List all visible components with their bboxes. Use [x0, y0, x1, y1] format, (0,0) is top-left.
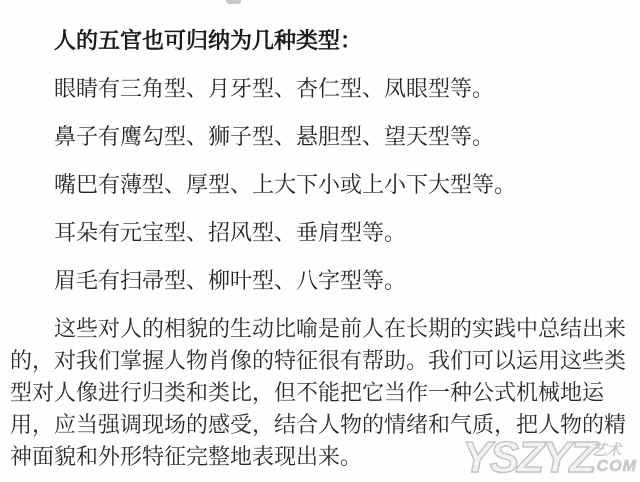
feature-line-nose: 鼻子有鹰勾型、狮子型、悬胆型、望天型等。: [10, 121, 630, 153]
document-page: 人的五官也可归纳为几种类型： 眼睛有三角型、月牙型、杏仁型、凤眼型等。 鼻子有鹰…: [0, 0, 640, 482]
document-heading: 人的五官也可归纳为几种类型：: [10, 25, 630, 57]
feature-line-eyes: 眼睛有三角型、月牙型、杏仁型、凤眼型等。: [10, 73, 630, 105]
feature-line-eyebrows: 眉毛有扫帚型、柳叶型、八字型等。: [10, 265, 630, 297]
conclusion-paragraph: 这些对人的相貌的生动比喻是前人在长期的实践中总结出来的，对我们掌握人物肖像的特征…: [10, 313, 630, 473]
document-content: 人的五官也可归纳为几种类型： 眼睛有三角型、月牙型、杏仁型、凤眼型等。 鼻子有鹰…: [0, 0, 640, 473]
scan-artifact: [226, 0, 241, 4]
feature-line-ears: 耳朵有元宝型、招风型、垂肩型等。: [10, 217, 630, 249]
feature-line-mouth: 嘴巴有薄型、厚型、上大下小或上小下大型等。: [10, 169, 630, 201]
